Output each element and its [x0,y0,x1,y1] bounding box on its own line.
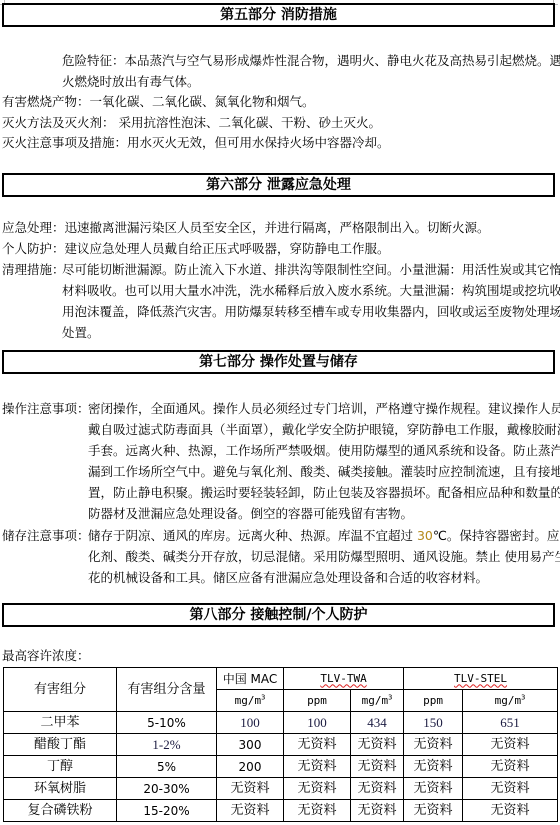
storage-line: 储存于阴凉、通风的库房。远离火种、热源。库温不宜超过 30℃。保持容器密封。应与… [88,525,560,546]
personal-protection: 个人防护：建议应急处理人员戴自给正压式呼吸器，穿防静电工作服。 [2,238,556,259]
section8-title: 第八部分 接触控制/个人防护 [190,607,368,623]
personal-label: 个人防护： [2,238,65,259]
precaution-text: 用水灭火无效，但可用水保持火场中容器冷却。 [127,132,390,153]
cell-stel-mg: 651 [463,712,558,734]
operation-line: 戴自吸过滤式防毒面具（半面罩），戴化学安全防护眼镜，穿防静电工作服，戴橡胶耐油 [88,419,560,440]
cell-mac: 300 [217,734,284,756]
section6-header: 第六部分 泄露应急处理 [2,173,555,197]
header-component: 有害组分 [4,668,117,712]
cell-content: 15-20% [117,800,217,822]
cell-component: 醋酸丁酯 [4,734,117,756]
precaution-label: 灭火注意事项及措施： [2,132,127,153]
cell-mac: 100 [217,712,284,734]
hazard-text: 本品蒸汽与空气易形成爆炸性混合物，遇明火、静电火花及高热易引起燃烧。遇明 [125,50,560,71]
hazard-text-cont: 火燃烧时放出有毒气体。 [62,71,200,92]
cell-mac: 无资料 [217,800,284,822]
cell-twa-mg: 无资料 [351,778,404,800]
section7-title: 第七部分 操作处置与储存 [199,354,358,370]
header-tlv-twa: TLV-TWA [284,668,404,690]
operation-line: 手套。远离火种、热源，工作场所严禁吸烟。使用防爆型的通风系统和设备。防止蒸汽泄 [88,440,560,461]
tlv-stel-label: TLV-STEL [454,672,507,685]
extinguish-text: 采用抗溶性泡沫、二氧化碳、干粉、砂土灭火。 [115,112,381,133]
cell-content: 1-2% [117,734,217,756]
operation-line: 漏到工作场所空气中。避免与氧化剂、酸类、碱类接触。灌装时应控制流速，且有接地装 [88,461,560,482]
emergency-label: 应急处理： [2,217,65,238]
personal-text: 建议应急处理人员戴自给正压式呼吸器，穿防静电工作服。 [65,238,390,259]
cell-stel-ppm: 150 [404,712,463,734]
cleanup-line: 材料吸收。也可以用大量水冲洗，洗水稀释后放入废水系统。大量泄漏：构筑围堤或挖坑收… [62,280,560,301]
cell-twa-mg: 无资料 [351,756,404,778]
unit-stel-mgm3: mg/m3 [463,690,558,712]
cleanup-label: 清理措施： [2,259,62,280]
cell-twa-mg: 无资料 [351,734,404,756]
combustion-text: 一氧化碳、二氧化碳、氮氧化物和烟气。 [90,91,315,112]
combustion-label: 有害燃烧产物： [2,91,90,112]
unit-mac-mgm3: mg/m3 [217,690,284,712]
cleanup-line: 用泡沫覆盖，降低蒸汽灾害。用防爆泵转移至槽车或专用收集器内，回收或运至废物处理场… [62,301,560,322]
extinguishing-method: 灭火方法及灭火剂： 采用抗溶性泡沫、二氧化碳、干粉、砂土灭火。 [2,112,556,133]
cell-content: 20-30% [117,778,217,800]
cell-stel-ppm: 无资料 [404,800,463,822]
cell-stel-mg: 无资料 [463,778,558,800]
unit-twa-ppm: ppm [284,690,351,712]
max-concentration-label-row: 最高容许浓度： [2,645,556,666]
cell-content: 5% [117,756,217,778]
cell-twa-ppm: 无资料 [284,734,351,756]
storage-precautions: 储存注意事项： 储存于阴凉、通风的库房。远离火种、热源。库温不宜超过 30℃。保… [2,525,556,588]
emergency-text: 迅速撤离泄漏污染区人员至安全区，并进行隔离，严格限制出入。切断火源。 [65,217,490,238]
extinguish-label: 灭火方法及灭火剂： [2,112,115,133]
cleanup-measures: 清理措施： 尽可能切断泄漏源。防止流入下水道、排洪沟等限制性空间。小量泄漏：用活… [2,259,556,343]
cell-mac: 200 [217,756,284,778]
operation-line: 防器材及泄漏应急处理设备。倒空的容器可能残留有害物。 [88,503,560,524]
operation-label: 操作注意事项： [2,398,88,419]
cell-twa-ppm: 100 [284,712,351,734]
storage-text-post: ℃。保持容器密封。应与氧 [433,525,560,546]
cell-twa-mg: 无资料 [351,800,404,822]
table-row: 环氧树脂 20-30% 无资料 无资料 无资料 无资料 无资料 [4,778,558,800]
storage-text-pre: 储存于阴凉、通风的库房。远离火种、热源。库温不宜超过 [88,525,417,546]
cell-stel-ppm: 无资料 [404,778,463,800]
section7-header: 第七部分 操作处置与储存 [2,350,555,374]
section5-header: 第五部分 消防措施 [2,3,555,27]
storage-temp-value: 30 [417,525,433,546]
max-conc-label: 最高容许浓度： [2,645,90,666]
table-row: 复合磷铁粉 15-20% 无资料 无资料 无资料 无资料 无资料 [4,800,558,822]
cleanup-line: 尽可能切断泄漏源。防止流入下水道、排洪沟等限制性空间。小量泄漏：用活性炭或其它惰… [62,259,560,280]
operation-line: 置，防止静电积聚。搬运时要轻装轻卸，防止包装及容器损坏。配备相应品种和数量的消 [88,482,560,503]
operation-precautions: 操作注意事项： 密闭操作，全面通风。操作人员必须经过专门培训，严格遵守操作规程。… [2,398,556,524]
cell-stel-mg: 无资料 [463,756,558,778]
emergency-handling: 应急处理：迅速撤离泄漏污染区人员至安全区，并进行隔离，严格限制出入。切断火源。 [2,217,556,238]
combustion-products: 有害燃烧产物：一氧化碳、二氧化碳、氮氧化物和烟气。 [2,91,556,112]
cell-component: 环氧树脂 [4,778,117,800]
cell-component: 复合磷铁粉 [4,800,117,822]
cell-stel-ppm: 无资料 [404,734,463,756]
unit-stel-ppm: ppm [404,690,463,712]
cell-twa-ppm: 无资料 [284,800,351,822]
table-row: 醋酸丁酯 1-2% 300 无资料 无资料 无资料 无资料 [4,734,558,756]
header-content: 有害组分含量 [117,668,217,712]
cell-mac: 无资料 [217,778,284,800]
storage-label: 储存注意事项： [2,525,88,546]
cell-stel-mg: 无资料 [463,800,558,822]
exposure-limits-table: 有害组分 有害组分含量 中国 MAC TLV-TWA TLV-STEL mg/m… [3,667,558,822]
cleanup-line: 处置。 [62,322,560,343]
hazard-characteristics: 危险特征：本品蒸汽与空气易形成爆炸性混合物，遇明火、静电火花及高热易引起燃烧。遇… [62,50,556,92]
header-china-mac: 中国 MAC [217,668,284,690]
cell-component: 二甲苯 [4,712,117,734]
tlv-twa-label: TLV-TWA [320,672,366,685]
firefighting-precautions: 灭火注意事项及措施：用水灭火无效，但可用水保持火场中容器冷却。 [2,132,556,153]
storage-line: 化剂、酸类、碱类分开存放，切忌混储。采用防爆型照明、通风设施。禁止 使用易产生火 [88,546,560,567]
cell-twa-mg: 434 [351,712,404,734]
unit-twa-mgm3: mg/m3 [351,690,404,712]
table-row: 丁醇 5% 200 无资料 无资料 无资料 无资料 [4,756,558,778]
cell-content: 5-10% [117,712,217,734]
cell-stel-mg: 无资料 [463,734,558,756]
table-row: 二甲苯 5-10% 100 100 434 150 651 [4,712,558,734]
section5-title: 第五部分 消防措施 [220,7,337,23]
header-tlv-stel: TLV-STEL [404,668,558,690]
hazard-label: 危险特征： [62,50,125,71]
cell-component: 丁醇 [4,756,117,778]
cell-twa-ppm: 无资料 [284,756,351,778]
table-header-row: 有害组分 有害组分含量 中国 MAC TLV-TWA TLV-STEL [4,668,558,690]
storage-line: 花的机械设备和工具。储区应备有泄漏应急处理设备和合适的收容材料。 [88,567,560,588]
cell-twa-ppm: 无资料 [284,778,351,800]
cell-stel-ppm: 无资料 [404,756,463,778]
section6-title: 第六部分 泄露应急处理 [206,177,351,193]
china-mac-label: 中国 MAC [223,672,278,686]
section8-header: 第八部分 接触控制/个人防护 [2,603,555,627]
operation-line: 密闭操作，全面通风。操作人员必须经过专门培训，严格遵守操作规程。建议操作人员佩 [88,398,560,419]
